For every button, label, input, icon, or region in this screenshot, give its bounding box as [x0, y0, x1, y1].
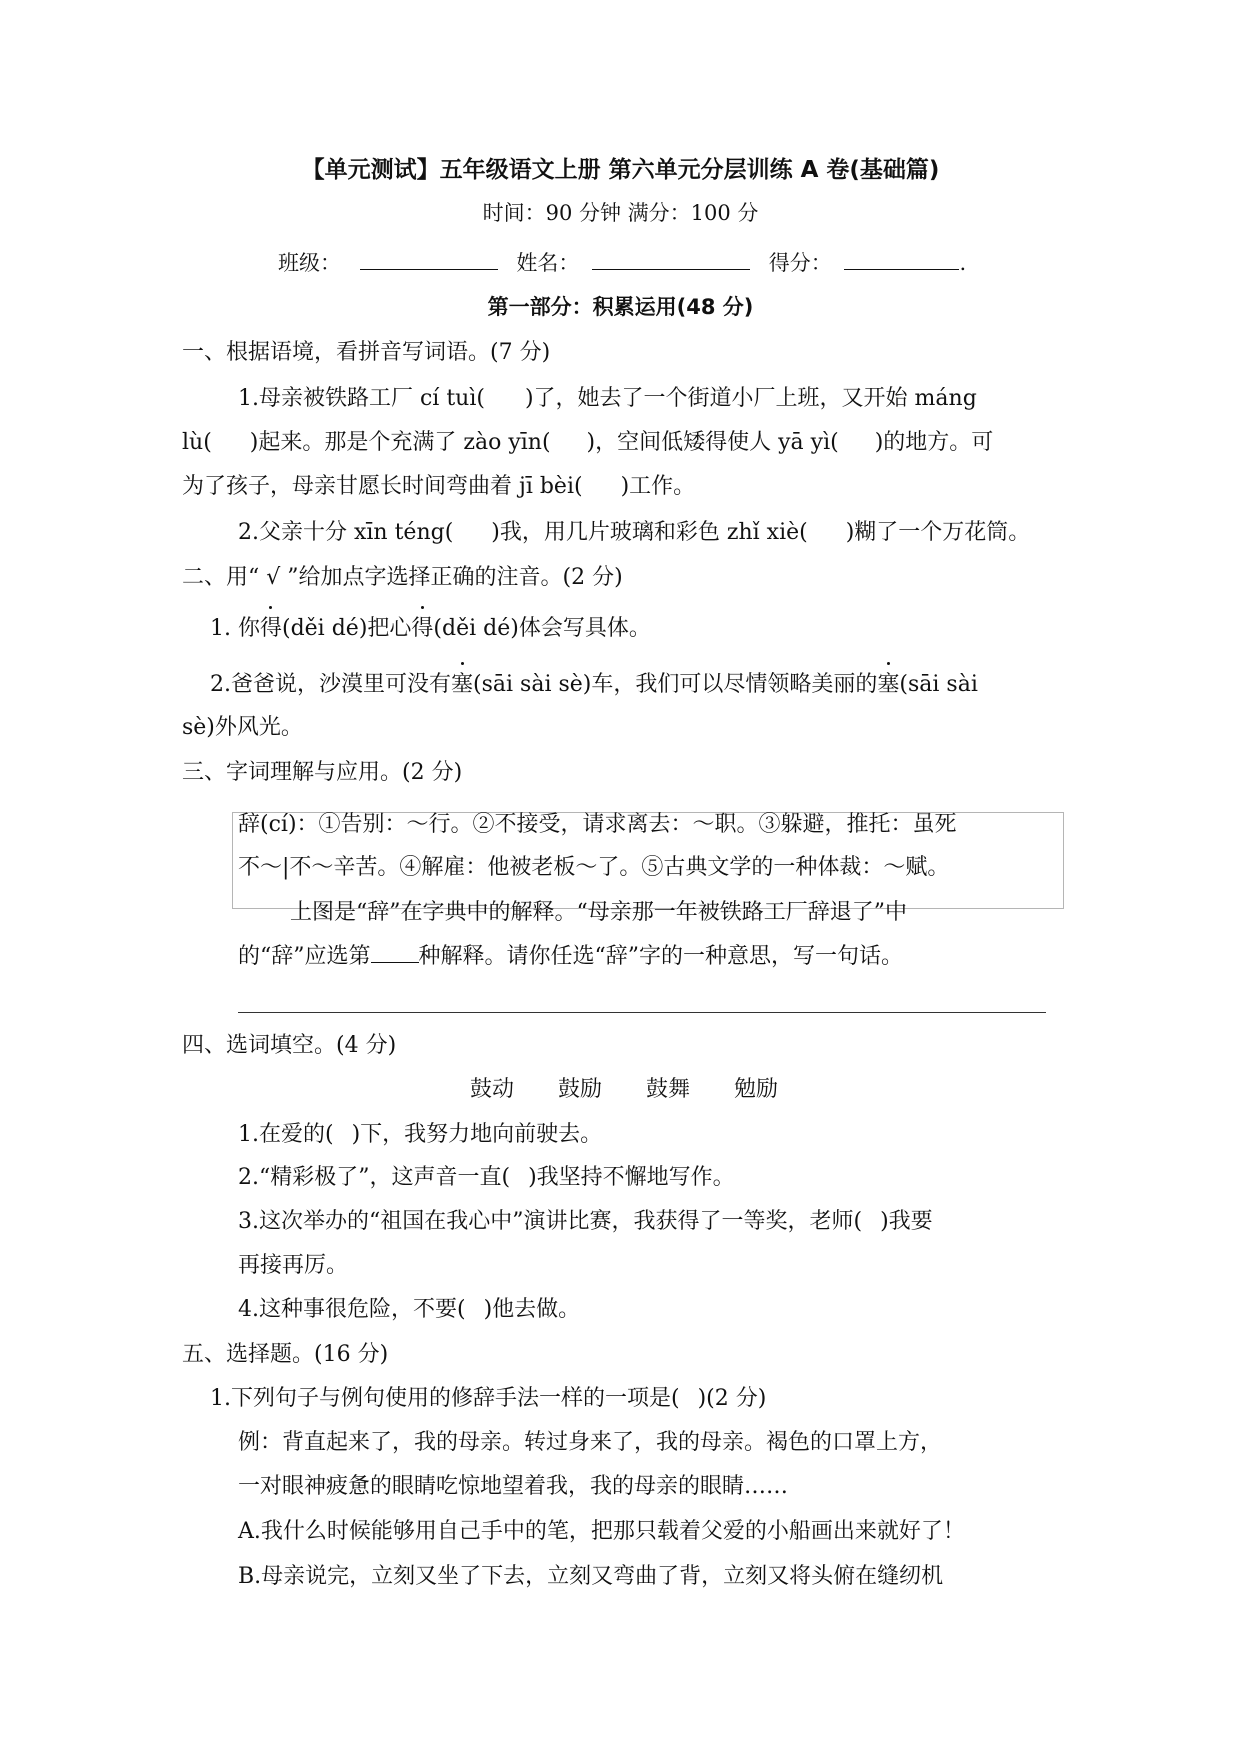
emphasis-char: 塞 [877, 670, 899, 700]
score-label: 得分： [769, 251, 832, 275]
q4-item1: 1.在爱的()下，我努力地向前驶去。 [238, 1120, 602, 1150]
q5-option-a[interactable]: A.我什么时候能够用自己手中的笔，把那只载着父爱的小船画出来就好了！ [238, 1517, 965, 1547]
pinyin-options[interactable]: (děi dé)体会写具体。 [433, 616, 650, 641]
q5-option-b[interactable]: B.母亲说完，立刻又坐了下去，立刻又弯曲了背，立刻又将头俯在缝纫机 [238, 1562, 943, 1592]
q4-item4: 4.这种事很危险，不要()他去做。 [238, 1295, 580, 1325]
page-title: 【单元测试】五年级语文上册 第六单元分层训练 A 卷(基础篇) [0, 155, 1241, 185]
pinyin-options[interactable]: (sāi sài sè)车，我们可以尽情领略美丽的 [473, 672, 877, 697]
q2-item2-line2: sè)外风光。 [182, 713, 303, 743]
word-option: 勉励 [734, 1075, 778, 1105]
dict-line-1: 辞(cí)：①告别：～行。②不接受，请求离去：～职。③躲避，推托：虽死 [238, 810, 957, 840]
exam-meta: 时间：90 分钟 满分：100 分 [0, 198, 1241, 228]
q1-heading: 一、根据语境，看拼音写词语。(7 分) [182, 338, 550, 368]
q3-heading: 三、字词理解与应用。(2 分) [182, 758, 462, 788]
class-label: 班级： [278, 251, 341, 275]
word-bank: 鼓动鼓励鼓舞勉励 [448, 1075, 800, 1105]
q5-example-line1: 例：背直起来了，我的母亲。转过身来了，我的母亲。褐色的口罩上方， [238, 1428, 942, 1458]
q5-item1-stem: 1.下列句子与例句使用的修辞手法一样的一项是()(2 分) [210, 1384, 766, 1414]
q4-item3: 3.这次举办的“祖国在我心中”演讲比赛，我获得了一等奖，老师()我要 [238, 1207, 933, 1237]
word-option: 鼓励 [558, 1075, 602, 1105]
q4-item3-line2: 再接再厉。 [238, 1251, 348, 1281]
emphasis-char: 得 [411, 614, 433, 644]
q1-item2: 2.父亲十分 xīn téng()我，用几片玻璃和彩色 zhǐ xiè()糊了一… [238, 518, 1030, 548]
name-input[interactable] [592, 249, 750, 270]
q2-item1: 1. 你得(děi dé)把心得(děi dé)体会写具体。 [210, 614, 651, 644]
q2-item2-line1: 2.爸爸说，沙漠里可没有塞(sāi sài sè)车，我们可以尽情领略美丽的塞(… [210, 670, 978, 700]
pinyin-options[interactable]: (sāi sài [899, 672, 977, 697]
student-info-row: 班级： 姓名： 得分： . [278, 248, 966, 278]
q3-text-line1: 上图是“辞”在字典中的解释。“母亲那一年被铁路工厂辞退了”中 [290, 898, 907, 928]
q5-example-line2: 一对眼神疲惫的眼睛吃惊地望着我，我的母亲的眼睛…… [238, 1472, 788, 1502]
q3-text-line2: 的“辞”应选第种解释。请你任选“辞”字的一种意思，写一句话。 [238, 942, 903, 972]
pinyin-options[interactable]: (děi dé)把心 [282, 616, 411, 641]
q4-heading: 四、选词填空。(4 分) [182, 1031, 396, 1061]
choice-blank[interactable] [371, 942, 419, 963]
period: . [959, 251, 966, 275]
q1-item1-line2: lù()起来。那是个充满了 zào yīn()，空间低矮得使人 yā yì()的… [182, 428, 993, 458]
q1-item1-line3: 为了孩子，母亲甘愿长时间弯曲着 jī bèi()工作。 [182, 472, 695, 502]
q2-heading: 二、用“ √ ”给加点字选择正确的注音。(2 分) [182, 563, 623, 593]
class-input[interactable] [360, 249, 498, 270]
word-option: 鼓舞 [646, 1075, 690, 1105]
part1-title: 第一部分：积累运用(48 分) [0, 292, 1241, 322]
q1-item1-line1: 1.母亲被铁路工厂 cí tuì()了，她去了一个街道小厂上班，又开始 máng [238, 384, 977, 414]
word-option: 鼓动 [470, 1075, 514, 1105]
sentence-answer-line[interactable] [238, 1012, 1046, 1013]
q5-heading: 五、选择题。(16 分) [182, 1340, 388, 1370]
q4-item2: 2.“精彩极了”，这声音一直()我坚持不懈地写作。 [238, 1163, 735, 1193]
dict-line-2: 不～|不～辛苦。④解雇：他被老板～了。⑤古典文学的一种体裁：～赋。 [238, 853, 949, 883]
emphasis-char: 塞 [451, 670, 473, 700]
emphasis-char: 得 [260, 614, 282, 644]
name-label: 姓名： [516, 251, 579, 275]
score-input[interactable] [844, 249, 959, 270]
